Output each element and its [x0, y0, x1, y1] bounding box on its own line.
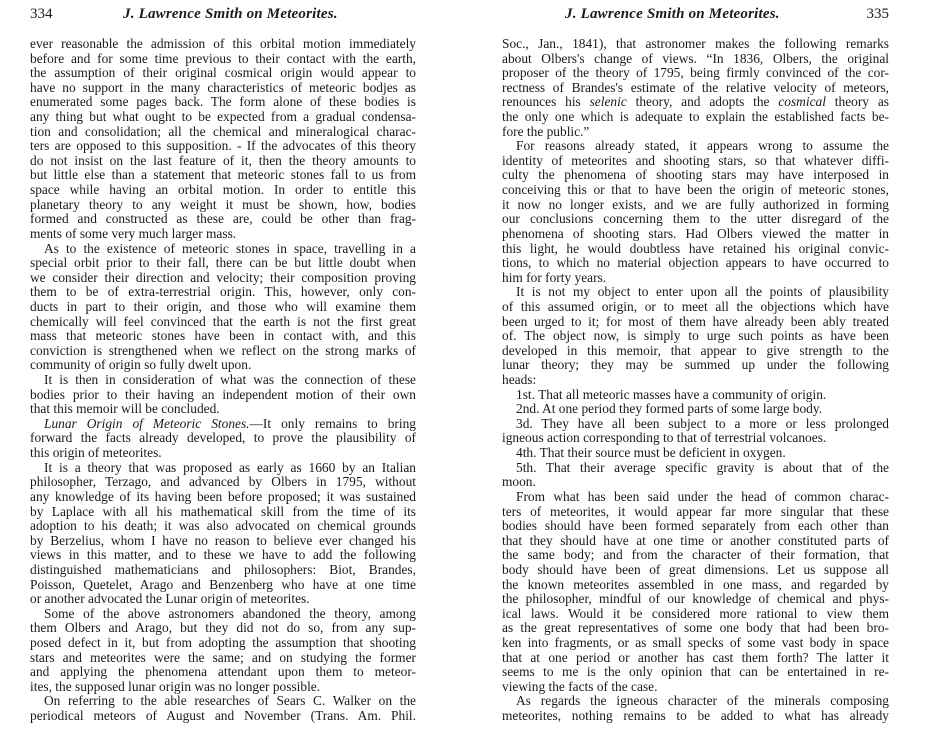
text-line: It is a theory that was proposed as earl… [30, 461, 416, 476]
text-line: that this memoir will be concluded. [30, 402, 416, 417]
right-page-number: 335 [867, 4, 890, 24]
text-line: mass that meteoric stones have been in c… [30, 329, 416, 344]
text-line: 5th. That their average specific gravity… [502, 461, 889, 476]
text-line: the same body; and from the character of… [502, 548, 889, 563]
text-line: 3d. They have all been subject to a more… [502, 417, 889, 432]
italic-term: selenic [590, 94, 627, 109]
text-line: distinguished mathematicians and philoso… [30, 563, 416, 578]
text-line: the philosopher, mindful of our knowledg… [502, 592, 889, 607]
text-line: culty the phenomena of shooting stars ma… [502, 168, 889, 183]
text-line: adoption to his death; it was also advoc… [30, 519, 416, 534]
left-body-text: ever reasonable the admission of this or… [30, 37, 416, 724]
text-line: forward the facts already developed, to … [30, 431, 416, 446]
text-line: and applying the phenomena attendant upo… [30, 665, 416, 680]
right-page: J. Lawrence Smith on Meteorites. 335 Soc… [502, 0, 889, 752]
text-line: the known meteorites assembled in one ma… [502, 578, 889, 593]
text-line: planetary theory to any weight it must b… [30, 198, 416, 213]
text-line: It is then in consideration of what was … [30, 373, 416, 388]
text-line: the only one which is adequate to explai… [502, 110, 889, 125]
text-line: or another advocated the Lunar origin of… [30, 592, 416, 607]
text-line: igneous action corresponding to that of … [502, 431, 889, 446]
right-body-text: Soc., Jan., 1841), that astronomer makes… [502, 37, 889, 724]
text-line: we consider their direction and velocity… [30, 271, 416, 286]
left-page: 334 J. Lawrence Smith on Meteorites. eve… [30, 0, 416, 752]
text-line: conceiving this or that to have been the… [502, 183, 889, 198]
text-line: proposer of the theory of 1795, being fi… [502, 66, 889, 81]
text-line: viewing the facts of the case. [502, 680, 889, 695]
text-line: do not insist on the last feature of it,… [30, 154, 416, 169]
text-line: ters of meteorites, it would appear far … [502, 505, 889, 520]
text-line: fore the public.” [502, 125, 889, 140]
text-line: been urged to it; for most of them have … [502, 315, 889, 330]
text-line: any thing but what ought to be expected … [30, 110, 416, 125]
text-line: that they should have at one time or ano… [502, 534, 889, 549]
text-line: as the great representatives of some one… [502, 621, 889, 636]
text-line: them Olbers and Arago, but they did not … [30, 621, 416, 636]
text-line: tions, to which no material objection ap… [502, 256, 889, 271]
text-line: any knowledge of its having been before … [30, 490, 416, 505]
section-heading: Lunar Origin of Meteoric Stones. [44, 416, 250, 431]
text-line: periodical meteors of August and Novembe… [30, 709, 416, 724]
text-line: Poisson, Quetelet, Arago and Benzenberg … [30, 578, 416, 593]
text-line: enumerated some pages back. The form alo… [30, 95, 416, 110]
text-line: On referring to the able researches of S… [30, 694, 416, 709]
text-line: chemically will feel convinced that the … [30, 315, 416, 330]
text-line: As regards the igneous character of the … [502, 694, 889, 709]
text-line: ever reasonable the admission of this or… [30, 37, 416, 52]
right-running-title: J. Lawrence Smith on Meteorites. [565, 4, 780, 24]
text-line: before and for some time previous to the… [30, 52, 416, 67]
text-line: them to be of extra-terrestrial origin. … [30, 285, 416, 300]
text-line: For reasons already stated, it appears w… [502, 139, 889, 154]
text-line: ken into fragments, or as small specks o… [502, 636, 889, 651]
text-line: meteorites, nothing remains to be added … [502, 709, 889, 724]
text-line: posed defect in it, but from adopting th… [30, 636, 416, 651]
text-line: renounces his selenic theory, and adopts… [502, 95, 889, 110]
text-line: Lunar Origin of Meteoric Stones.—It only… [30, 417, 416, 432]
text-line: It is not my object to enter upon all th… [502, 285, 889, 300]
text-line: As to the existence of meteoric stones i… [30, 242, 416, 257]
text-line: by Laplace with all his mathematical ski… [30, 505, 416, 520]
text-line: heads: [502, 373, 889, 388]
text-line: conviction is strengthened when we refle… [30, 344, 416, 359]
text-line: bodies should have been formed separatel… [502, 519, 889, 534]
text-line: tion and consolidation; all the chemical… [30, 125, 416, 140]
text-line: bodies prior to their having an independ… [30, 388, 416, 403]
text-line: of. The object now, is simply to urge su… [502, 329, 889, 344]
text-line: but little else than a statement that me… [30, 168, 416, 183]
text-line: of this assumed origin, or to meet all t… [502, 300, 889, 315]
text-line: ters are opposed to this supposition. - … [30, 139, 416, 154]
text-line: seems to me is the only opinion that can… [502, 665, 889, 680]
text-line: this light, he would doubtless have reta… [502, 242, 889, 257]
right-running-head: J. Lawrence Smith on Meteorites. 335 [502, 4, 889, 24]
text-line: 4th. That their source must be deficient… [502, 446, 889, 461]
text-line: moon. [502, 475, 889, 490]
left-page-number: 334 [30, 4, 53, 24]
text-line: rectness of Brandes's estimate of the re… [502, 81, 889, 96]
text-line: ducts in part to their origin, and those… [30, 300, 416, 315]
text-line: ments of some very much larger mass. [30, 227, 416, 242]
italic-term: cosmical [778, 94, 826, 109]
text-line: body should have been of great dimension… [502, 563, 889, 578]
text-line: the assumption of their original cosmica… [30, 66, 416, 81]
left-running-head: 334 J. Lawrence Smith on Meteorites. [30, 4, 416, 24]
text-line: this origin of meteorites. [30, 446, 416, 461]
text-line: identity of meteorites and shooting star… [502, 154, 889, 169]
text-line: phenomena of shooting stars. Had Olbers … [502, 227, 889, 242]
text-line: formed and constructed as these are, cou… [30, 212, 416, 227]
text-line: 1st. That all meteoric masses have a com… [502, 388, 889, 403]
text-line: ites, the supposed lunar origin was no l… [30, 680, 416, 695]
text-line: about Olbers's change of views. “In 1836… [502, 52, 889, 67]
text-line: special orbit prior to their fall, there… [30, 256, 416, 271]
text-line: by Berzelius, whom I have no reason to b… [30, 534, 416, 549]
text-line: stars and meteorites were the same; and … [30, 651, 416, 666]
text-line: From what has been said under the head o… [502, 490, 889, 505]
text-line: have no support in the many characterist… [30, 81, 416, 96]
text-line: 2nd. At one period they formed parts of … [502, 402, 889, 417]
text-line: Soc., Jan., 1841), that astronomer makes… [502, 37, 889, 52]
left-running-title: J. Lawrence Smith on Meteorites. [123, 4, 338, 24]
text-line: it now no longer exists, and we are full… [502, 198, 889, 213]
text-line: philosopher, Terzago, and advanced by Ol… [30, 475, 416, 490]
text-line: that at one period or another has cast t… [502, 651, 889, 666]
text-line: space while having an orbital motion. In… [30, 183, 416, 198]
text-line: him for forty years. [502, 271, 889, 286]
text-line: Some of the above astronomers abandoned … [30, 607, 416, 622]
text-line: developed in this memoir, that appear to… [502, 344, 889, 359]
text-line: lunar theory; they may be summed up unde… [502, 358, 889, 373]
text-line: views in this matter, and to these we ha… [30, 548, 416, 563]
text-line: ical laws. Would it be considered more r… [502, 607, 889, 622]
text-line: our conclusions concerning them to the u… [502, 212, 889, 227]
text-line: community of origin so fully dwelt upon. [30, 358, 416, 373]
